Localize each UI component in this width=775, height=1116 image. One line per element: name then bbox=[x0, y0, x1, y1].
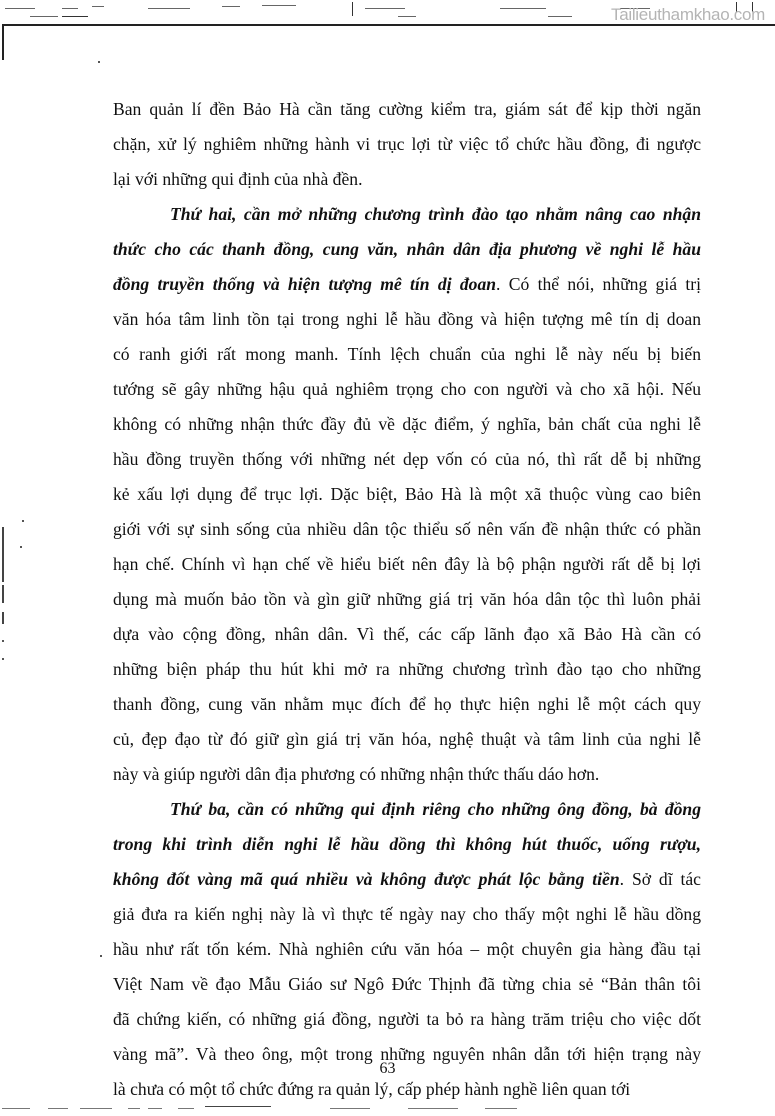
body-text: tướng sẽ gây những hậu quả nghiêm trọng … bbox=[113, 379, 701, 399]
emphasized-text: trong khi trình diễn nghi lễ hầu dồng th… bbox=[113, 834, 701, 854]
text-line: chặn, xử lý nghiêm những hành vi trục lợ… bbox=[113, 127, 701, 162]
scan-footer-noise bbox=[0, 1104, 775, 1116]
text-line: không đốt vàng mã quá nhiều và không đượ… bbox=[113, 862, 701, 897]
body-text: củ, đẹp đạo từ đó giữ gìn giá trị văn hó… bbox=[113, 729, 701, 749]
body-text: kẻ xấu lợi dụng để trục lợi. Dặc biệt, B… bbox=[113, 484, 701, 504]
text-line: thức cho các thanh đồng, cung văn, nhân … bbox=[113, 232, 701, 267]
body-text: chặn, xử lý nghiêm những hành vi trục lợ… bbox=[113, 134, 701, 154]
text-line: không có những nhận thức đầy đủ về dặc đ… bbox=[113, 407, 701, 442]
body-text: văn hóa tâm linh tồn tại trong nghi lễ h… bbox=[113, 309, 701, 329]
emphasized-text: Thứ hai, cần mở những chương trình đào t… bbox=[170, 204, 701, 224]
text-line: Ban quản lí đền Bảo Hà cần tăng cường ki… bbox=[113, 92, 701, 127]
left-margin-rule bbox=[2, 24, 4, 60]
body-text: Ban quản lí đền Bảo Hà cần tăng cường ki… bbox=[113, 99, 701, 119]
text-line: Thứ ba, cần có những qui định riêng cho … bbox=[113, 792, 701, 827]
header-rule bbox=[2, 24, 775, 26]
body-text: những biện pháp thu hút khi mở ra những … bbox=[113, 659, 701, 679]
scan-edge-mark bbox=[2, 527, 4, 582]
body-text: giả đưa ra kiến nghị này là vì thực tế n… bbox=[113, 904, 701, 924]
text-line: dựa vào cộng đồng, nhân dân. Vì thế, các… bbox=[113, 617, 701, 652]
body-text: dựa vào cộng đồng, nhân dân. Vì thế, các… bbox=[113, 624, 701, 644]
text-line: đồng truyền thống và hiện tượng mê tín d… bbox=[113, 267, 701, 302]
text-line: giới với sự sinh sống của nhiều dân tộc … bbox=[113, 512, 701, 547]
scan-speck bbox=[22, 520, 24, 522]
text-line: thanh đồng, cung văn nhằm mục đích để họ… bbox=[113, 687, 701, 722]
text-line: giả đưa ra kiến nghị này là vì thực tế n… bbox=[113, 897, 701, 932]
emphasized-text: không đốt vàng mã quá nhiều và không đượ… bbox=[113, 869, 620, 889]
body-text: Việt Nam về đạo Mẫu Giáo sư Ngô Đức Thịn… bbox=[113, 974, 701, 994]
body-text: thanh đồng, cung văn nhằm mục đích để họ… bbox=[113, 694, 701, 714]
scan-mark bbox=[352, 2, 353, 16]
emphasized-text: thức cho các thanh đồng, cung văn, nhân … bbox=[113, 239, 701, 259]
body-text: này và giúp người dân địa phương có nhữn… bbox=[113, 764, 599, 784]
text-line: Việt Nam về đạo Mẫu Giáo sư Ngô Đức Thịn… bbox=[113, 967, 701, 1002]
body-text: . Có thể nói, những giá trị bbox=[496, 274, 701, 294]
text-line: lại với những qui định của nhà đền. bbox=[113, 162, 701, 197]
scan-speck bbox=[2, 640, 4, 642]
document-body: Ban quản lí đền Bảo Hà cần tăng cường ki… bbox=[113, 92, 701, 1107]
scan-edge-mark bbox=[2, 612, 4, 624]
body-text: lại với những qui định của nhà đền. bbox=[113, 169, 362, 189]
text-line: trong khi trình diễn nghi lễ hầu dồng th… bbox=[113, 827, 701, 862]
text-line: tướng sẽ gây những hậu quả nghiêm trọng … bbox=[113, 372, 701, 407]
body-text: đã chứng kiến, có những giá đồng, người … bbox=[113, 1009, 701, 1029]
page-number: 63 bbox=[0, 1060, 775, 1078]
body-text: có ranh giới rất mong manh. Tính lệch ch… bbox=[113, 344, 701, 364]
body-text: . Sở dĩ tác bbox=[620, 869, 701, 889]
paragraph: Thứ hai, cần mở những chương trình đào t… bbox=[113, 197, 701, 792]
scan-speck bbox=[100, 955, 102, 957]
body-text: giới với sự sinh sống của nhiều dân tộc … bbox=[113, 519, 701, 539]
text-line: những biện pháp thu hút khi mở ra những … bbox=[113, 652, 701, 687]
emphasized-text: Thứ ba, cần có những qui định riêng cho … bbox=[170, 799, 701, 819]
scan-speck bbox=[20, 546, 22, 548]
text-line: hầu đồng truyền thống với những nét dẹp … bbox=[113, 442, 701, 477]
text-line: hạn chế. Chính vì hạn chế về hiểu biết n… bbox=[113, 547, 701, 582]
body-text: dụng mà muốn bảo tồn và gìn giữ những gi… bbox=[113, 589, 701, 609]
text-line: này và giúp người dân địa phương có nhữn… bbox=[113, 757, 701, 792]
text-line: kẻ xấu lợi dụng để trục lợi. Dặc biệt, B… bbox=[113, 477, 701, 512]
text-line: Thứ hai, cần mở những chương trình đào t… bbox=[113, 197, 701, 232]
body-text: là chưa có một tổ chức đứng ra quản lý, … bbox=[113, 1079, 630, 1099]
text-line: dụng mà muốn bảo tồn và gìn giữ những gi… bbox=[113, 582, 701, 617]
scan-speck bbox=[2, 658, 4, 660]
text-line: đã chứng kiến, có những giá đồng, người … bbox=[113, 1002, 701, 1037]
text-line: văn hóa tâm linh tồn tại trong nghi lễ h… bbox=[113, 302, 701, 337]
body-text: không có những nhận thức đầy đủ về dặc đ… bbox=[113, 414, 701, 434]
text-line: hầu như rất tốn kém. Nhà nghiên cứu văn … bbox=[113, 932, 701, 967]
text-line: củ, đẹp đạo từ đó giữ gìn giá trị văn hó… bbox=[113, 722, 701, 757]
watermark: Tailieuthamkhao.com bbox=[611, 5, 765, 25]
body-text: hầu như rất tốn kém. Nhà nghiên cứu văn … bbox=[113, 939, 701, 959]
body-text: hạn chế. Chính vì hạn chế về hiểu biết n… bbox=[113, 554, 701, 574]
text-line: có ranh giới rất mong manh. Tính lệch ch… bbox=[113, 337, 701, 372]
body-text: hầu đồng truyền thống với những nét dẹp … bbox=[113, 449, 701, 469]
emphasized-text: đồng truyền thống và hiện tượng mê tín d… bbox=[113, 274, 496, 294]
scan-edge-mark bbox=[2, 585, 4, 603]
scan-speck bbox=[98, 61, 100, 63]
paragraph: Ban quản lí đền Bảo Hà cần tăng cường ki… bbox=[113, 92, 701, 197]
